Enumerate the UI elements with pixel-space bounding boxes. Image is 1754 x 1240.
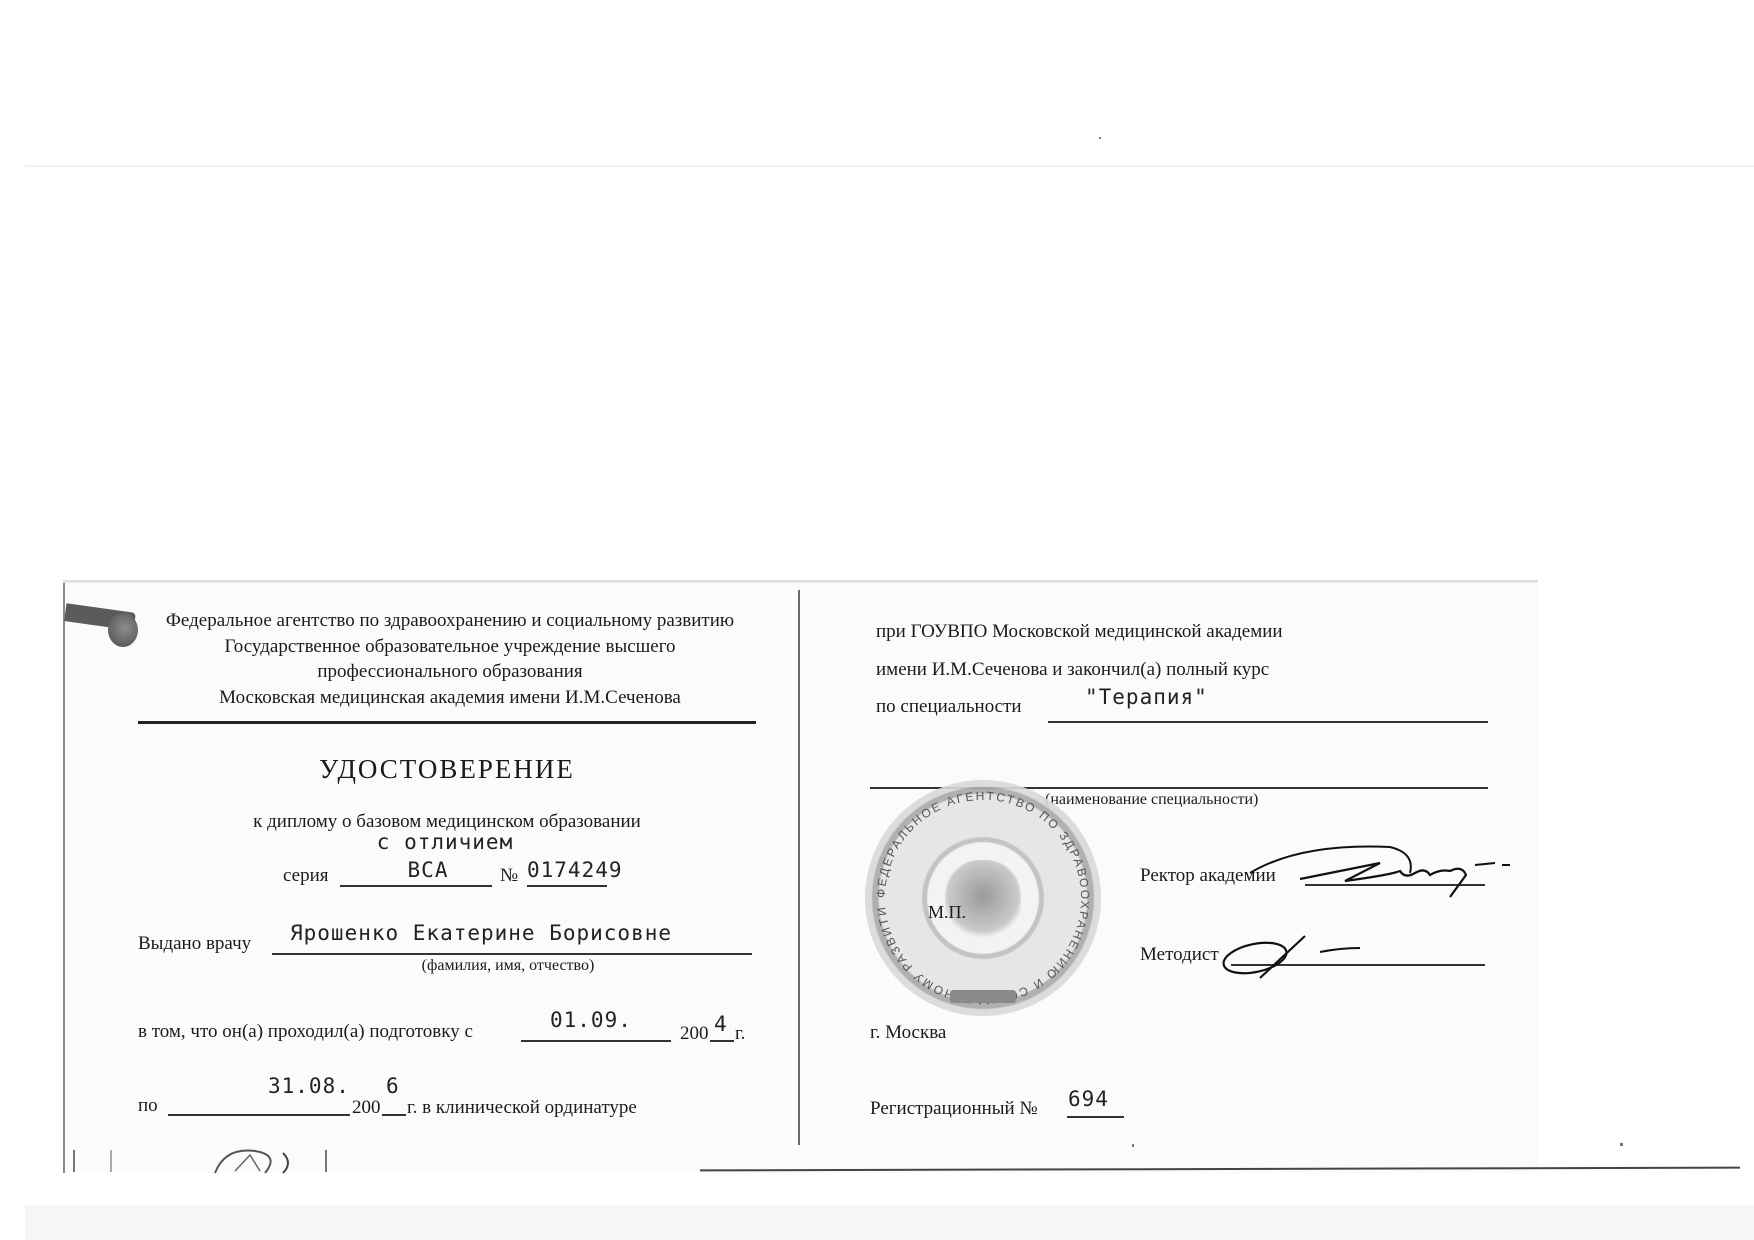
start-year-digit: 4 — [714, 1014, 728, 1035]
document-left-edge — [63, 583, 65, 1173]
end-year-prefix: 200 — [352, 1098, 381, 1117]
header-line-education: профессионального образования — [317, 662, 582, 681]
number-underline — [527, 885, 607, 887]
scan-speck — [1099, 137, 1101, 139]
scan-mark — [73, 1150, 75, 1172]
issued-label: Выдано врачу — [138, 934, 251, 953]
series-underline — [340, 885, 492, 887]
header-rule — [138, 721, 756, 724]
city-label: г. Москва — [870, 1023, 946, 1042]
header-line-institution: Государственное образовательное учрежден… — [224, 637, 675, 656]
start-date-underline — [521, 1040, 671, 1042]
end-year-digit: 6 — [386, 1076, 400, 1097]
training-label: в том, что он(а) проходил(а) подготовку … — [138, 1022, 473, 1041]
header-line-agency: Федеральное агентство по здравоохранению… — [166, 611, 734, 630]
number-label: № — [500, 866, 518, 885]
scan-speck — [1620, 1143, 1623, 1146]
seal-band — [950, 990, 1016, 1003]
end-date-underline — [168, 1114, 350, 1116]
double-headed-eagle-icon — [945, 860, 1021, 940]
scan-mark — [325, 1150, 327, 1172]
methodist-label: Методист — [1140, 945, 1219, 964]
end-year-underline — [382, 1114, 406, 1116]
right-line-2: имени И.М.Сеченова и закончил(а) полный … — [876, 660, 1269, 679]
recipient-caption: (фамилия, имя, отчество) — [422, 958, 595, 974]
partial-stamp-icon — [205, 1145, 295, 1175]
right-line-1: при ГОУВПО Московской медицинской академ… — [876, 622, 1283, 641]
start-year-underline — [710, 1040, 734, 1042]
registration-number: 694 — [1068, 1089, 1109, 1110]
certificate-number: 0174249 — [527, 860, 623, 881]
certificate-title: УДОСТОВЕРЕНИЕ — [319, 756, 575, 783]
registration-underline — [1067, 1116, 1124, 1118]
registration-label: Регистрационный № — [870, 1099, 1038, 1118]
scan-edge-top — [25, 165, 1754, 167]
distinction-text: с отличием — [377, 832, 513, 853]
start-year-prefix: 200 — [680, 1024, 709, 1043]
header-line-academy: Московская медицинская академия имени И.… — [219, 688, 681, 707]
methodist-signature-icon — [1220, 930, 1380, 980]
certificate-subtitle: к диплому о базовом медицинском образова… — [253, 812, 641, 831]
issued-underline — [272, 953, 752, 955]
scan-speck — [1132, 1144, 1134, 1147]
series-value: ВСА — [408, 860, 449, 881]
series-label: серия — [283, 866, 329, 885]
scan-edge-bottom — [25, 1205, 1754, 1240]
end-date: 31.08. — [268, 1076, 350, 1097]
seal-placeholder-label: М.П. — [928, 903, 966, 921]
rector-signature-icon — [1240, 835, 1530, 905]
end-label: по — [138, 1096, 158, 1115]
scan-mark — [110, 1150, 112, 1172]
end-suffix: г. в клинической ординатуре — [407, 1098, 637, 1117]
recipient-name: Ярошенко Екатерине Борисовне — [290, 923, 672, 944]
specialty-underline — [1048, 721, 1488, 723]
ribbon-knot-icon — [108, 613, 138, 647]
page-divider — [798, 590, 800, 1145]
specialty-value: "Терапия" — [1085, 687, 1208, 708]
start-date: 01.09. — [550, 1010, 632, 1031]
start-year-suffix: г. — [735, 1024, 745, 1043]
specialty-label: по специальности — [876, 697, 1022, 716]
